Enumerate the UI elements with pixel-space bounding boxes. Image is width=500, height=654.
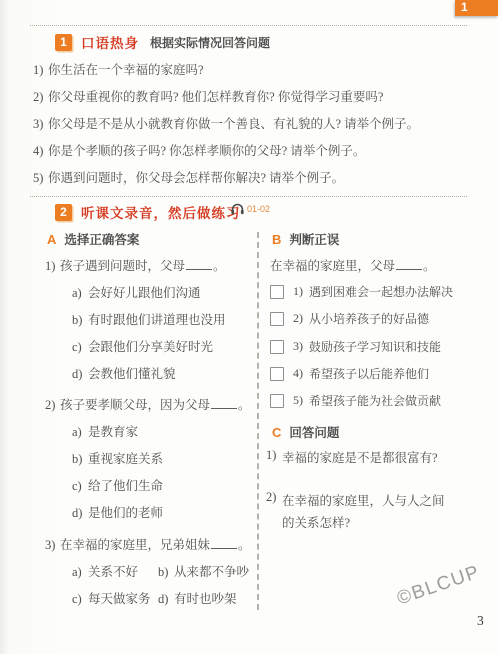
partA-q1-stem: 1)孩子遇到问题时，父母。: [45, 256, 226, 274]
option-text: 会好好儿跟他们沟通: [88, 286, 201, 300]
option-letter: b): [158, 565, 174, 580]
option-text: 每天做家务: [88, 592, 151, 606]
partC-letter: C: [272, 425, 281, 440]
question-number: 3): [33, 117, 48, 132]
warmup-question-2: 2)你父母重视你的教育吗? 他们怎样教育你? 你觉得学习重要吗?: [33, 87, 383, 105]
option-text: 会教他们懂礼貌: [88, 367, 176, 381]
stem-suffix: 。: [238, 538, 251, 552]
checkbox[interactable]: [270, 285, 284, 299]
answer-blank[interactable]: [211, 536, 237, 549]
partA-title: 选择正确答案: [64, 233, 139, 247]
partA-q2-stem: 2)孩子要孝顺父母，因为父母。: [45, 395, 251, 413]
question-number: 2): [266, 490, 282, 534]
partA-q2-option-a: a)是教育家: [72, 422, 138, 440]
warmup-question-3: 3)你父母是不是从小就教育你做一个善良、有礼貌的人? 请举个例子。: [33, 114, 419, 132]
item-text: 鼓励孩子学习知识和技能: [309, 338, 441, 355]
question-text: 你生活在一个幸福的家庭吗?: [48, 63, 204, 77]
option-text: 有时也吵架: [174, 592, 237, 606]
question-text: 孩子要孝顺父母，因为父母: [60, 398, 210, 412]
option-letter: b): [72, 313, 88, 328]
audio-group: 01-02: [231, 203, 270, 215]
question-text: 你遇到问题时，你父母会怎样帮你解决? 请举个例子。: [48, 171, 344, 185]
checkbox[interactable]: [270, 312, 284, 326]
divider-top: [30, 25, 467, 26]
partA-q1-option-a: a)会好好儿跟他们沟通: [72, 283, 201, 301]
divider-section2: [30, 196, 467, 197]
workbook-page: 1 1口语热身根据实际情况回答问题 1)你生活在一个幸福的家庭吗? 2)你父母重…: [0, 0, 500, 654]
option-letter: a): [72, 286, 88, 301]
question-number: 3): [45, 538, 60, 553]
answer-blank[interactable]: [211, 396, 237, 409]
section1-number-box: 1: [55, 34, 72, 51]
item-text: 希望孩子能为社会做贡献: [309, 392, 441, 409]
section1-header: 1口语热身根据实际情况回答问题: [55, 32, 270, 52]
answer-blank[interactable]: [186, 257, 212, 270]
question-text: 在幸福的家庭里，父母: [270, 259, 395, 273]
option-letter: b): [72, 452, 88, 467]
question-text: 你父母是不是从小就教育你做一个善良、有礼貌的人? 请举个例子。: [48, 117, 419, 131]
column-divider: [257, 232, 259, 610]
question-number: 2): [33, 90, 48, 105]
item-number: 1): [293, 284, 309, 299]
option-text: 关系不好: [88, 565, 138, 579]
warmup-question-4: 4)你是个孝顺的孩子吗? 你怎样孝顺你的父母? 请举个例子。: [33, 141, 365, 159]
partC-title: 回答问题: [289, 426, 339, 440]
partC-header: C回答问题: [272, 423, 339, 442]
checkbox[interactable]: [270, 340, 284, 354]
question-text: 你是个孝顺的孩子吗? 你怎样孝顺你的父母? 请举个例子。: [48, 144, 365, 158]
question-text: 在幸福的家庭里，兄弟姐妹: [60, 538, 210, 552]
question-text: 孩子遇到问题时，父母: [60, 259, 185, 273]
partB-title: 判断正误: [289, 233, 339, 247]
option-text: 有时跟他们讲道理也没用: [88, 313, 226, 327]
item-number: 5): [293, 393, 309, 408]
question-text: 在幸福的家庭里，人与人之间的关系怎样?: [282, 490, 450, 534]
option-text: 重视家庭关系: [88, 452, 163, 466]
question-number: 1): [266, 448, 282, 466]
partA-header: A选择正确答案: [47, 230, 139, 249]
partA-q3-option-d: d)有时也吵架: [158, 589, 237, 607]
item-text: 希望孩子以后能养他们: [309, 365, 429, 382]
question-number: 4): [33, 144, 48, 159]
partA-q3-stem: 3)在幸福的家庭里，兄弟姐妹。: [45, 535, 251, 553]
partA-q2-option-c: c)给了他们生命: [72, 476, 163, 494]
item-number: 2): [293, 311, 309, 326]
partA-q3-option-c: c)每天做家务: [72, 589, 151, 607]
partB-header: B判断正误: [272, 230, 339, 249]
warmup-question-1: 1)你生活在一个幸福的家庭吗?: [33, 60, 204, 78]
answer-blank[interactable]: [396, 257, 422, 270]
section1-instruction: 根据实际情况回答问题: [150, 36, 270, 50]
partC-question-1: 1)幸福的家庭是不是都很富有?: [266, 448, 438, 466]
question-number: 1): [45, 259, 60, 274]
warmup-question-5: 5)你遇到问题时，你父母会怎样帮你解决? 请举个例子。: [33, 168, 344, 186]
partA-letter: A: [47, 232, 56, 247]
option-text: 是他们的老师: [88, 506, 163, 520]
option-letter: a): [72, 425, 88, 440]
partA-q1-option-b: b)有时跟他们讲道理也没用: [72, 310, 226, 328]
partB-letter: B: [272, 232, 281, 247]
audio-track-label: 01-02: [247, 204, 270, 214]
checkbox[interactable]: [270, 394, 284, 408]
publisher-watermark: ©BLCUP: [394, 561, 483, 610]
stem-suffix: 。: [238, 398, 251, 412]
section2-header: 2听课文录音，然后做练习: [55, 202, 241, 222]
partB-item-1: 1)遇到困难会一起想办法解决: [270, 283, 453, 300]
stem-suffix: 。: [213, 259, 226, 273]
partB-item-2: 2)从小培养孩子的好品德: [270, 310, 429, 327]
option-text: 会跟他们分享美好时光: [88, 340, 213, 354]
headphones-icon: [231, 203, 244, 215]
page-number: 3: [477, 613, 484, 629]
partB-item-5: 5)希望孩子能为社会做贡献: [270, 392, 441, 409]
option-text: 从来都不争吵: [174, 565, 249, 579]
partA-q2-option-b: b)重视家庭关系: [72, 449, 163, 467]
option-letter: d): [72, 506, 88, 521]
partA-q3-option-a: a)关系不好: [72, 562, 138, 580]
partB-item-3: 3)鼓励孩子学习知识和技能: [270, 338, 441, 355]
section1-title: 口语热身: [81, 36, 139, 51]
option-letter: c): [72, 479, 88, 494]
question-number: 5): [33, 171, 48, 186]
chapter-tab: 1: [455, 0, 498, 16]
option-letter: a): [72, 565, 88, 580]
item-number: 4): [293, 366, 309, 381]
checkbox[interactable]: [270, 367, 284, 381]
item-text: 遇到困难会一起想办法解决: [309, 283, 453, 300]
option-text: 是教育家: [88, 425, 138, 439]
item-number: 3): [293, 339, 309, 354]
partA-q3-option-b: b)从来都不争吵: [158, 562, 249, 580]
question-text: 幸福的家庭是不是都很富有?: [282, 448, 438, 466]
partA-q1-option-c: c)会跟他们分享美好时光: [72, 337, 213, 355]
option-letter: d): [158, 592, 174, 607]
partA-q1-option-d: d)会教他们懂礼貌: [72, 364, 176, 382]
partB-item-4: 4)希望孩子以后能养他们: [270, 365, 429, 382]
option-text: 给了他们生命: [88, 479, 163, 493]
section2-number-box: 2: [55, 204, 72, 221]
stem-suffix: 。: [423, 259, 436, 273]
partA-q2-option-d: d)是他们的老师: [72, 503, 163, 521]
question-number: 2): [45, 398, 60, 413]
question-text: 你父母重视你的教育吗? 他们怎样教育你? 你觉得学习重要吗?: [48, 90, 383, 104]
partC-question-2: 2)在幸福的家庭里，人与人之间的关系怎样?: [266, 490, 450, 534]
item-text: 从小培养孩子的好品德: [309, 310, 429, 327]
partB-stem: 在幸福的家庭里，父母。: [270, 256, 436, 274]
option-letter: c): [72, 592, 88, 607]
option-letter: c): [72, 340, 88, 355]
section2-title: 听课文录音，然后做练习: [81, 206, 241, 221]
option-letter: d): [72, 367, 88, 382]
question-number: 1): [33, 63, 48, 78]
